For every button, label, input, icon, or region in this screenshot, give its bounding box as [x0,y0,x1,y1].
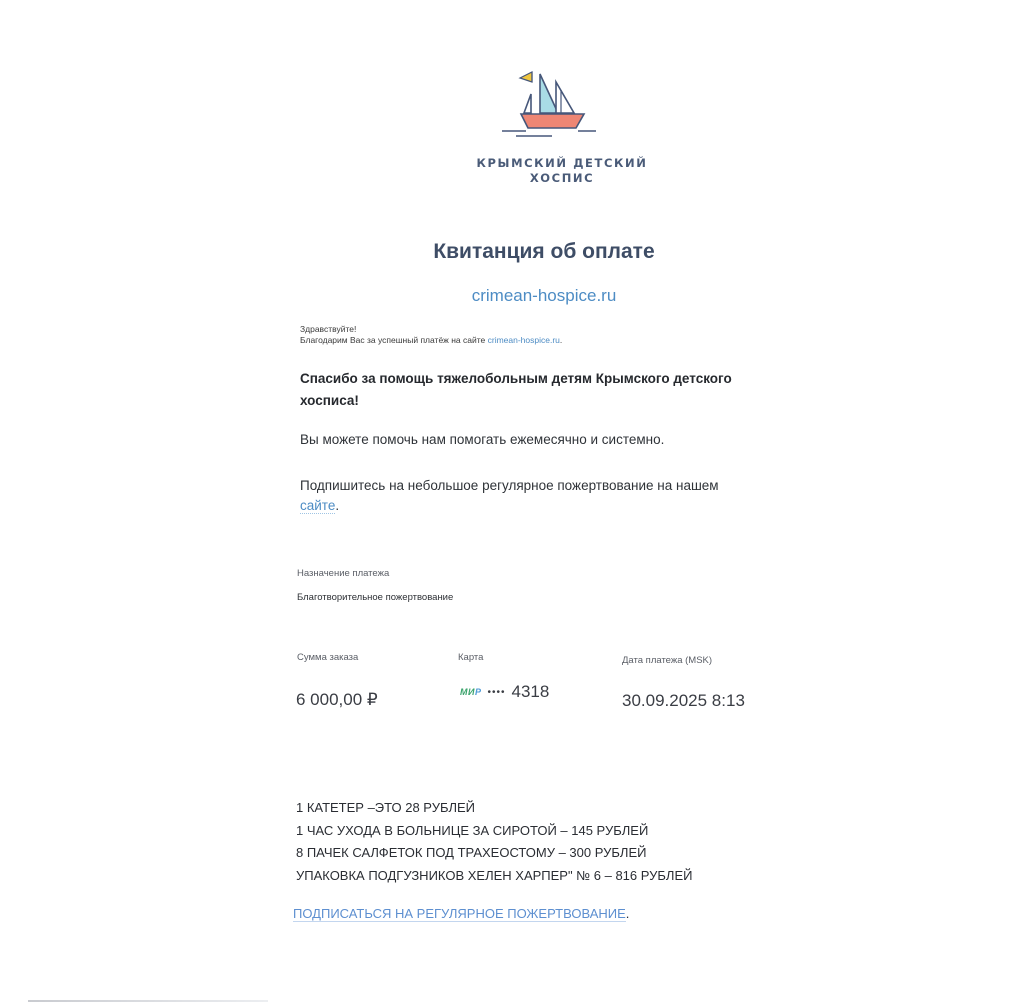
list-item: 1 ЧАС УХОДА В БОЛЬНИЦЕ ЗА СИРОТОЙ – 145 … [296,820,692,843]
sailboat-icon [500,68,600,138]
receipt-title: Квитанция об оплате [300,240,788,264]
thanks-text: Благодарим Вас за успешный платёж на сай… [300,335,488,345]
subscribe-footer: ПОДПИСАТЬСЯ НА РЕГУЛЯРНОЕ ПОЖЕРТВОВАНИЕ. [293,906,629,921]
subscribe-period: . [626,906,630,921]
list-item: 1 КАТЕТЕР –ЭТО 28 РУБЛЕЙ [296,797,692,820]
items-list: 1 КАТЕТЕР –ЭТО 28 РУБЛЕЙ 1 ЧАС УХОДА В Б… [296,797,692,887]
thanks-line: Благодарим Вас за успешный платёж на сай… [300,335,562,346]
greeting-block: Здравствуйте! Благодарим Вас за успешный… [300,324,562,346]
thanks-suffix: . [560,335,562,345]
sum-label: Сумма заказа [297,652,358,663]
org-name-line1: КРЫМСКИЙ ДЕТСКИЙ [412,156,712,171]
thanks-site-link[interactable]: crimean-hospice.ru [488,335,560,345]
greeting: Здравствуйте! [300,324,562,335]
purpose-value: Благотворительное пожертвование [297,592,453,603]
organization-name: КРЫМСКИЙ ДЕТСКИЙ ХОСПИС [412,156,712,186]
card-value: МИР •••• 4318 [460,682,549,702]
card-last4: 4318 [512,682,550,702]
card-label: Карта [458,652,483,663]
org-name-line2: ХОСПИС [412,171,712,186]
mir-card-icon: МИР [460,687,482,697]
divider [28,1000,268,1002]
list-item: 8 ПАЧЕК САЛФЕТОК ПОД ТРАХЕОСТОМУ – 300 Р… [296,842,692,865]
subscribe-paragraph: Подпишитесь на небольшое регулярное поже… [300,476,750,516]
bold-thanks: Спасибо за помощь тяжелобольным детям Кр… [300,368,780,412]
date-value: 30.09.2025 8:13 [622,691,745,711]
subscribe-text: Подпишитесь на небольшое регулярное поже… [300,478,719,493]
purpose-label: Назначение платежа [297,568,389,579]
sum-value: 6 000,00 ₽ [296,690,378,710]
card-mask: •••• [488,687,506,698]
site-link[interactable]: crimean-hospice.ru [300,286,788,306]
subscribe-regular-link[interactable]: ПОДПИСАТЬСЯ НА РЕГУЛЯРНОЕ ПОЖЕРТВОВАНИЕ [293,906,626,922]
monthly-text: Вы можете помочь нам помогать ежемесячно… [300,432,664,447]
date-label: Дата платежа (MSK) [622,655,712,666]
list-item: УПАКОВКА ПОДГУЗНИКОВ ХЕЛЕН ХАРПЕР" № 6 –… [296,865,692,888]
site-subscribe-link[interactable]: сайте [300,498,335,514]
subscribe-suffix: . [335,498,339,513]
